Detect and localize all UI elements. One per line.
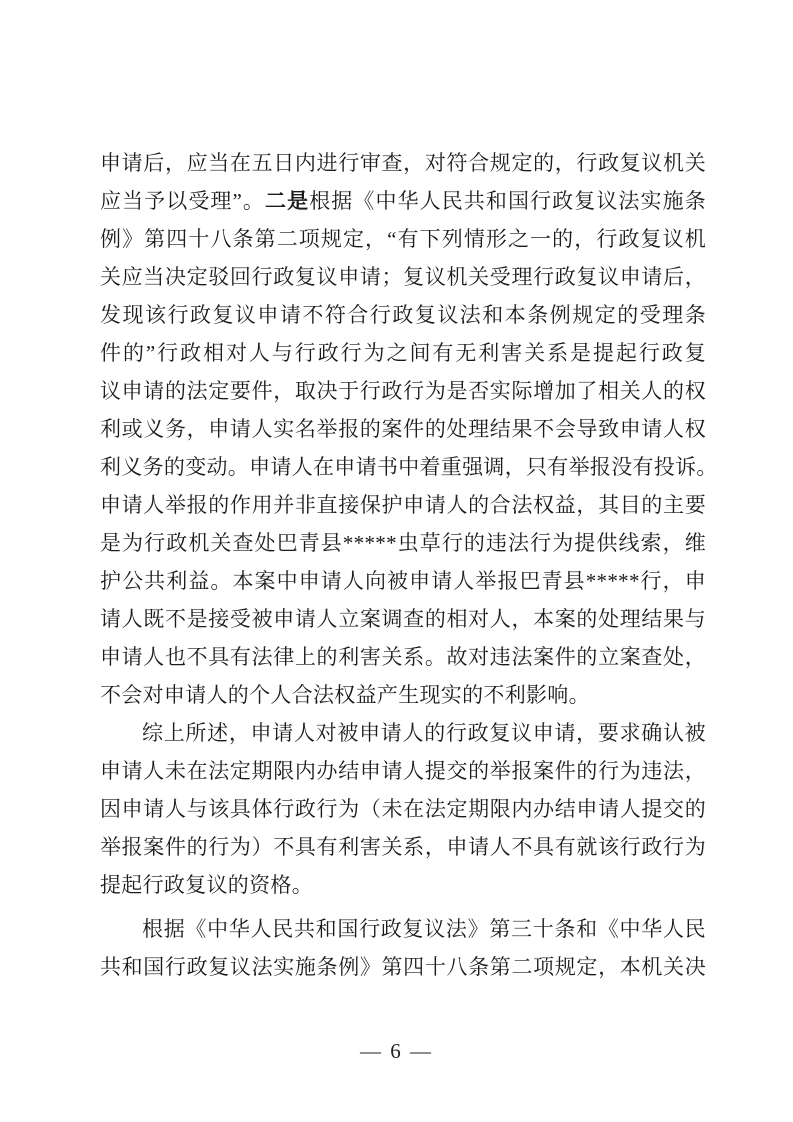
- text-segment: 请人既不是接受被申请人立案调查的相对人，本案的处理结果与: [100, 607, 706, 631]
- text-segment: 利或义务，申请人实名举报的案件的处理结果不会导致申请人权: [100, 417, 706, 441]
- text-line: 申请人举报的作用并非直接保护申请人的合法权益，其目的主要: [100, 486, 706, 524]
- text-segment: 综上所述，申请人对被申请人的行政复议申请，要求确认被: [142, 721, 706, 745]
- text-segment: 举报案件的行为）不具有利害关系，申请人不具有就该行政行为: [100, 835, 706, 859]
- text-line: 举报案件的行为）不具有利害关系，申请人不具有就该行政行为: [100, 828, 706, 866]
- text-line: 根据《中华人民共和国行政复议法》第三十条和《中华人民: [100, 910, 706, 948]
- text-line: 利义务的变动。申请人在申请书中着重强调，只有举报没有投诉。: [100, 448, 706, 486]
- text-line: 请人既不是接受被申请人立案调查的相对人，本案的处理结果与: [100, 600, 706, 638]
- text-segment: 关应当决定驳回行政复议申请；复议机关受理行政复议申请后，: [100, 265, 706, 289]
- text-line: 申请人也不具有法律上的利害关系。故对违法案件的立案查处，: [100, 638, 706, 676]
- text-line: 发现该行政复议申请不符合行政复议法和本条例规定的受理条: [100, 296, 706, 334]
- text-line: 例》第四十八条第二项规定，“有下列情形之一的，行政复议机: [100, 220, 706, 258]
- paragraph: 综上所述，申请人对被申请人的行政复议申请，要求确认被申请人未在法定期限内办结申请…: [100, 714, 706, 904]
- text-segment: 例》第四十八条第二项规定，“有下列情形之一的，行政复议机: [100, 227, 706, 251]
- page-number: — 6 —: [360, 1039, 433, 1063]
- text-segment: 申请后，应当在五日内进行审查，对符合规定的，行政复议机关: [100, 151, 706, 175]
- text-segment: 根据《中华人民共和国行政复议法》第三十条和《中华人民: [142, 917, 706, 941]
- text-segment: 根据《中华人民共和国行政复议法实施条: [309, 189, 706, 213]
- text-segment: 提起行政复议的资格。: [100, 873, 313, 897]
- text-segment: 申请人举报的作用并非直接保护申请人的合法权益，其目的主要: [100, 493, 706, 517]
- text-segment: 议申请的法定要件，取决于行政行为是否实际增加了相关人的权: [100, 379, 706, 403]
- text-segment: 共和国行政复议法实施条例》第四十八条第二项规定，本机关决: [100, 955, 706, 979]
- document-page: 申请后，应当在五日内进行审查，对符合规定的，行政复议机关应当予以受理”。二是根据…: [0, 0, 793, 1122]
- text-line: 件的”行政相对人与行政行为之间有无利害关系是提起行政复: [100, 334, 706, 372]
- text-line: 议申请的法定要件，取决于行政行为是否实际增加了相关人的权: [100, 372, 706, 410]
- page-number-footer: — 6 —: [0, 1038, 793, 1064]
- text-line: 护公共利益。本案中申请人向被申请人举报巴青县*****行，申: [100, 562, 706, 600]
- document-body: 申请后，应当在五日内进行审查，对符合规定的，行政复议机关应当予以受理”。二是根据…: [100, 144, 706, 986]
- text-segment: 申请人也不具有法律上的利害关系。故对违法案件的立案查处，: [100, 645, 706, 669]
- text-segment: 因申请人与该具体行政行为（未在法定期限内办结申请人提交的: [100, 797, 706, 821]
- text-segment: 应当予以受理”。: [100, 189, 265, 213]
- text-line: 应当予以受理”。二是根据《中华人民共和国行政复议法实施条: [100, 182, 706, 220]
- text-line: 不会对申请人的个人合法权益产生现实的不利影响。: [100, 676, 706, 714]
- text-segment: 件的”行政相对人与行政行为之间有无利害关系是提起行政复: [100, 341, 706, 365]
- text-segment: 不会对申请人的个人合法权益产生现实的不利影响。: [100, 683, 590, 707]
- paragraph: 申请后，应当在五日内进行审查，对符合规定的，行政复议机关应当予以受理”。二是根据…: [100, 144, 706, 714]
- text-line: 申请人未在法定期限内办结申请人提交的举报案件的行为违法，: [100, 752, 706, 790]
- text-line: 关应当决定驳回行政复议申请；复议机关受理行政复议申请后，: [100, 258, 706, 296]
- text-segment: 利义务的变动。申请人在申请书中着重强调，只有举报没有投诉。: [100, 455, 718, 479]
- text-line: 提起行政复议的资格。: [100, 866, 706, 904]
- paragraph: 根据《中华人民共和国行政复议法》第三十条和《中华人民共和国行政复议法实施条例》第…: [100, 910, 706, 986]
- text-line: 共和国行政复议法实施条例》第四十八条第二项规定，本机关决: [100, 948, 706, 986]
- text-segment: 发现该行政复议申请不符合行政复议法和本条例规定的受理条: [100, 303, 706, 327]
- text-segment: 是为行政机关查处巴青县*****虫草行的违法行为提供线索，维: [100, 531, 706, 555]
- emphasis-text: 二是: [265, 189, 309, 213]
- text-segment: 护公共利益。本案中申请人向被申请人举报巴青县*****行，申: [100, 569, 706, 593]
- text-line: 利或义务，申请人实名举报的案件的处理结果不会导致申请人权: [100, 410, 706, 448]
- text-line: 综上所述，申请人对被申请人的行政复议申请，要求确认被: [100, 714, 706, 752]
- text-line: 申请后，应当在五日内进行审查，对符合规定的，行政复议机关: [100, 144, 706, 182]
- text-line: 因申请人与该具体行政行为（未在法定期限内办结申请人提交的: [100, 790, 706, 828]
- text-line: 是为行政机关查处巴青县*****虫草行的违法行为提供线索，维: [100, 524, 706, 562]
- text-segment: 申请人未在法定期限内办结申请人提交的举报案件的行为违法，: [100, 759, 706, 783]
